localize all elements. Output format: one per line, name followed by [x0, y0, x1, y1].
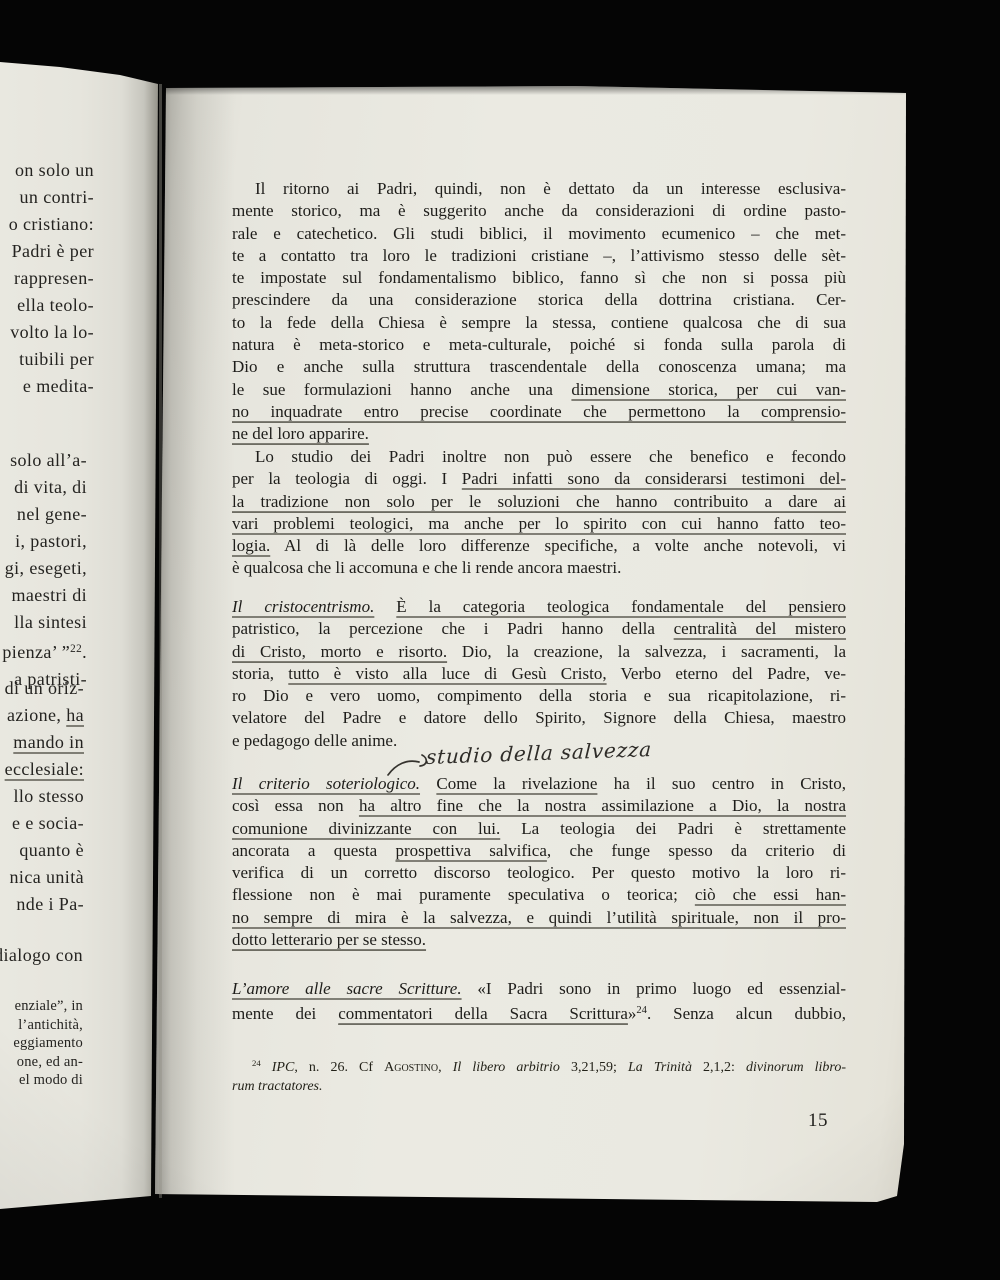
left-page-text-fragments-1: on solo unun contri-o cristiano:Padri è … [9, 157, 94, 400]
text-line: L’amore alle sacre Scritture. «I Padri s… [232, 978, 846, 1000]
text-line: ella teolo- [9, 292, 94, 319]
text-line: ancorata a questa prospettiva salvifica,… [232, 840, 846, 862]
text-segment: Al di là delle loro differenze specifich… [270, 536, 846, 555]
text-segment: IPC [272, 1060, 295, 1075]
handwriting-annotation: studio della salvezza [386, 741, 652, 777]
footnote: 24 IPC, n. 26. Cf Agostino, Il libero ar… [232, 1054, 846, 1097]
text-segment: azione, [7, 705, 66, 725]
text-segment: solo all’a- [10, 450, 87, 470]
paragraph-studio-dei-padri: Lo studio dei Padri inoltre non può esse… [232, 446, 846, 580]
text-segment: rappresen- [14, 268, 94, 288]
text-segment: divinorum libro- [746, 1060, 846, 1075]
paragraph-ritorno-ai-padri: Il ritorno ai Padri, quindi, non è detta… [232, 178, 846, 446]
underlined-text: mando in [13, 732, 84, 752]
text-segment: rum tractatores. [232, 1079, 322, 1094]
text-line: mando in [5, 729, 84, 756]
text-line: quanto è [5, 837, 84, 864]
text-line: gi, esegeti, [2, 555, 87, 582]
text-segment: Il ritorno ai Padri, quindi, non è detta… [255, 179, 846, 198]
text-line: lla sintesi [2, 609, 87, 636]
text-line: Dio e anche sulla struttura trascendenta… [232, 356, 846, 378]
underlined-text: ne del loro apparire. [232, 424, 369, 445]
underlined-text: di Cristo, morto e risorto. [232, 642, 447, 663]
text-line: azione, ha [5, 702, 84, 729]
text-segment: di vita, di [14, 477, 87, 497]
text-line: flessione non è mai puramente speculativ… [232, 884, 846, 906]
text-line: così essa non ha altro fine che la nostr… [232, 795, 846, 817]
text-segment: e medita- [23, 376, 94, 396]
text-line: un contri- [9, 184, 94, 211]
underlined-text: vari problemi teologici, ma anche per lo… [232, 514, 846, 533]
text-segment: Lo studio dei Padri inoltre non può esse… [255, 447, 846, 466]
text-line: to la fede della Chiesa è sempre la stes… [232, 312, 846, 334]
left-page-footnote-fragments: enziale”, inl’antichità,eggiamentoone, e… [13, 997, 83, 1090]
text-line: rum tractatores. [232, 1077, 846, 1097]
paragraph-amore-sacre-scritture: L’amore alle sacre Scritture. «I Padri s… [232, 978, 846, 1025]
text-segment: , [438, 1060, 453, 1075]
text-segment: enziale”, in [15, 998, 83, 1014]
text-line: comunione divinizzante con lui. La teolo… [232, 818, 846, 840]
text-line: Il criterio soteriologico. Come la rivel… [232, 773, 846, 795]
text-line: solo all’a- [2, 447, 87, 474]
text-segment: el modo di [19, 1072, 83, 1088]
text-line: per la teologia di oggi. I Padri infatti… [232, 468, 846, 490]
text-line: storia, tutto è visto alla luce di Gesù … [232, 663, 846, 685]
text-segment: le sue formulazioni hanno anche una [232, 380, 571, 399]
text-segment: un contri- [20, 187, 94, 207]
text-segment: rale e catechetico. Gli studi biblici, i… [232, 224, 846, 243]
text-line: te a contatto tra loro le tradizioni cri… [232, 245, 846, 267]
text-segment: prescindere da una considerazione storic… [232, 290, 846, 309]
text-segment: volto la lo- [10, 322, 94, 342]
text-line: le sue formulazioni hanno anche una dime… [232, 379, 846, 401]
text-line: logia. Al di là delle loro differenze sp… [232, 535, 846, 557]
text-line: di vita, di [2, 474, 87, 501]
text-segment: 24 [636, 1005, 647, 1016]
book-photo: on solo unun contri-o cristiano:Padri è … [0, 0, 1000, 1280]
text-segment: storia, [232, 664, 288, 683]
text-segment: to la fede della Chiesa è sempre la stes… [232, 313, 846, 332]
text-line: nel gene- [2, 501, 87, 528]
underlined-text: no inquadrate entro precise coordinate c… [232, 402, 846, 423]
underlined-text: L’amore alle sacre Scritture. [232, 979, 462, 998]
underlined-text: ha [66, 705, 84, 725]
paragraph-cristocentrismo: Il cristocentrismo. È la categoria teolo… [232, 596, 846, 752]
text-segment: ha il suo centro in Cristo, [597, 774, 846, 793]
text-segment: mente storico, ma è suggerito anche da c… [232, 201, 846, 220]
text-segment: Dio e anche sulla struttura trascendenta… [232, 357, 846, 376]
underlined-text: dotto letterario per se stesso. [232, 930, 426, 951]
text-segment: , n. 26. Cf [294, 1060, 384, 1075]
text-segment: ancorata a questa [232, 841, 395, 860]
text-segment: Dio, la creazione, la salvezza, i sacram… [447, 642, 846, 661]
text-segment: velatore del Padre e datore dello Spirit… [232, 708, 846, 727]
text-line: l’antichità, [13, 1016, 83, 1035]
underlined-text: la tradizione non solo per le soluzioni … [232, 492, 846, 513]
underlined-text: Padri infatti sono da considerarsi testi… [462, 469, 846, 488]
text-line: ro Dio e vero uomo, compimento della sto… [232, 685, 846, 707]
text-segment: patristico, la percezione che i Padri ha… [232, 619, 674, 638]
text-line: mente dei commentatori della Sacra Scrit… [232, 1000, 846, 1025]
text-line: di un oriz- [5, 675, 84, 702]
text-segment: così essa non [232, 796, 359, 815]
text-segment: per la teologia di oggi. I [232, 469, 462, 488]
text-segment: e e socia- [12, 813, 84, 833]
page-number: 15 [808, 1110, 828, 1132]
text-line: rale e catechetico. Gli studi biblici, i… [232, 223, 846, 245]
text-line: e medita- [9, 373, 94, 400]
text-segment: 2,1,2: [692, 1060, 746, 1075]
text-segment: Padri è per [12, 241, 94, 261]
underlined-text: Come la rivelazione [436, 774, 597, 793]
text-segment: ro Dio e vero uomo, compimento della sto… [232, 686, 846, 705]
underlined-text: Il cristocentrismo. [232, 597, 374, 616]
text-line: ecclesiale: [5, 756, 84, 783]
handwriting-text: studio della salvezza [425, 737, 652, 769]
left-page-text-fragments-4: dialogo con [0, 942, 83, 969]
text-line: di Cristo, morto e risorto. Dio, la crea… [232, 641, 846, 663]
text-line: no inquadrate entro precise coordinate c… [232, 401, 846, 423]
text-line: nde i Pa- [5, 891, 84, 918]
underlined-text: ecclesiale: [5, 759, 84, 779]
text-segment: dialogo con [0, 945, 83, 965]
text-segment [374, 597, 396, 616]
text-line: verifica di un corretto discorso teologi… [232, 862, 846, 884]
text-line: natura è meta-storico e meta-culturale, … [232, 334, 846, 356]
underlined-text: commentatori della Sacra Scrittura [338, 1004, 628, 1025]
text-segment: gi, esegeti, [5, 558, 87, 578]
text-segment: «I Padri sono in primo luogo ed essenzia… [462, 979, 846, 998]
text-line: ne del loro apparire. [232, 423, 846, 445]
text-line: 24 IPC, n. 26. Cf Agostino, Il libero ar… [232, 1054, 846, 1077]
text-line: dotto letterario per se stesso. [232, 929, 846, 951]
text-segment: Verbo eterno del Padre, ve- [607, 664, 846, 683]
text-segment: one, ed an- [17, 1054, 83, 1070]
text-line: i, pastori, [2, 528, 87, 555]
underlined-text: Il criterio soteriologico. [232, 774, 420, 793]
text-segment: nel gene- [17, 504, 87, 524]
text-segment: natura è meta-storico e meta-culturale, … [232, 335, 846, 354]
left-page-text-fragments-2: solo all’a-di vita, dinel gene-i, pastor… [2, 447, 87, 693]
text-segment: è qualcosa che li accomuna e che li rend… [232, 558, 621, 577]
left-page-text-fragments-3: di un oriz-azione, hamando inecclesiale:… [5, 675, 84, 918]
text-line: e e socia- [5, 810, 84, 837]
text-segment: on solo un [15, 160, 94, 180]
text-segment: , che funge spesso da criterio di [547, 841, 846, 860]
text-segment [420, 774, 436, 793]
text-line: vari problemi teologici, ma anche per lo… [232, 513, 846, 535]
text-segment: o cristiano: [9, 214, 94, 234]
underlined-text: È la categoria teologica fondamentale de… [396, 597, 846, 616]
text-line: Lo studio dei Padri inoltre non può esse… [232, 446, 846, 468]
text-line: o cristiano: [9, 211, 94, 238]
text-segment: l’antichità, [18, 1017, 83, 1033]
underlined-text: no sempre di mira è la salvezza, e quind… [232, 908, 846, 927]
text-line: enziale”, in [13, 997, 83, 1016]
text-segment: La Trinità [628, 1060, 692, 1075]
text-segment: nica unità [10, 867, 84, 887]
underlined-text: ciò che essi han- [695, 885, 846, 904]
text-line: te impostate sul fondamentalismo biblico… [232, 267, 846, 289]
text-line: el modo di [13, 1071, 83, 1090]
text-line: llo stesso [5, 783, 84, 810]
text-segment: pienza’ ” [2, 642, 70, 662]
text-segment: Il libero arbitrio [453, 1060, 560, 1075]
text-segment: lla sintesi [14, 612, 87, 632]
text-line: no sempre di mira è la salvezza, e quind… [232, 907, 846, 929]
text-line: prescindere da una considerazione storic… [232, 289, 846, 311]
text-segment: . [82, 642, 87, 662]
underlined-text: ha altro fine che la nostra assimilazion… [359, 796, 846, 815]
text-line: nica unità [5, 864, 84, 891]
text-segment: La teologia dei Padri è strettamente [500, 819, 846, 838]
text-segment: 3,21,59; [560, 1060, 628, 1075]
text-segment: nde i Pa- [16, 894, 84, 914]
text-line: eggiamento [13, 1034, 83, 1053]
text-line: pienza’ ”22. [2, 636, 87, 666]
text-segment [261, 1060, 272, 1075]
text-segment: ella teolo- [17, 295, 94, 315]
text-segment: te impostate sul fondamentalismo biblico… [232, 268, 846, 287]
underlined-text: dimensione storica, per cui van- [571, 380, 846, 399]
text-segment: maestri di [12, 585, 87, 605]
text-segment: i, pastori, [15, 531, 87, 551]
text-line: tuibili per [9, 346, 94, 373]
text-line: maestri di [2, 582, 87, 609]
text-segment: eggiamento [13, 1035, 83, 1051]
text-line: Il ritorno ai Padri, quindi, non è detta… [232, 178, 846, 200]
text-line: Il cristocentrismo. È la categoria teolo… [232, 596, 846, 618]
text-segment: . Senza alcun dubbio, [647, 1004, 846, 1023]
text-segment: flessione non è mai puramente speculativ… [232, 885, 695, 904]
text-line: on solo un [9, 157, 94, 184]
text-segment: te a contatto tra loro le tradizioni cri… [232, 246, 846, 265]
text-segment: quanto è [19, 840, 84, 860]
text-line: volto la lo- [9, 319, 94, 346]
text-segment: llo stesso [13, 786, 84, 806]
text-line: patristico, la percezione che i Padri ha… [232, 618, 846, 640]
book-spine [159, 84, 162, 1198]
paragraph-criterio-soteriologico: Il criterio soteriologico. Come la rivel… [232, 773, 846, 951]
text-line: la tradizione non solo per le soluzioni … [232, 491, 846, 513]
underlined-text: logia. [232, 536, 270, 555]
text-segment: Agostino [384, 1060, 438, 1075]
text-segment: di un oriz- [5, 678, 84, 698]
text-segment: e pedagogo delle anime. [232, 731, 397, 750]
text-line: dialogo con [0, 942, 83, 969]
text-line: one, ed an- [13, 1053, 83, 1072]
text-segment: verifica di un corretto discorso teologi… [232, 863, 846, 882]
text-line: mente storico, ma è suggerito anche da c… [232, 200, 846, 222]
underlined-text: comunione divinizzante con lui. [232, 819, 500, 838]
underlined-text: centralità del mistero [674, 619, 846, 638]
underlined-text: prospettiva salvifica [395, 841, 546, 860]
text-line: Padri è per [9, 238, 94, 265]
text-segment: tuibili per [19, 349, 94, 369]
text-line: velatore del Padre e datore dello Spirit… [232, 707, 846, 729]
text-segment: 22 [70, 643, 82, 655]
underlined-text: tutto è visto alla luce di Gesù Cristo, [288, 664, 606, 683]
text-segment: 24 [252, 1058, 261, 1068]
text-segment: mente dei [232, 1004, 338, 1023]
text-line: rappresen- [9, 265, 94, 292]
text-line: è qualcosa che li accomuna e che li rend… [232, 557, 846, 579]
